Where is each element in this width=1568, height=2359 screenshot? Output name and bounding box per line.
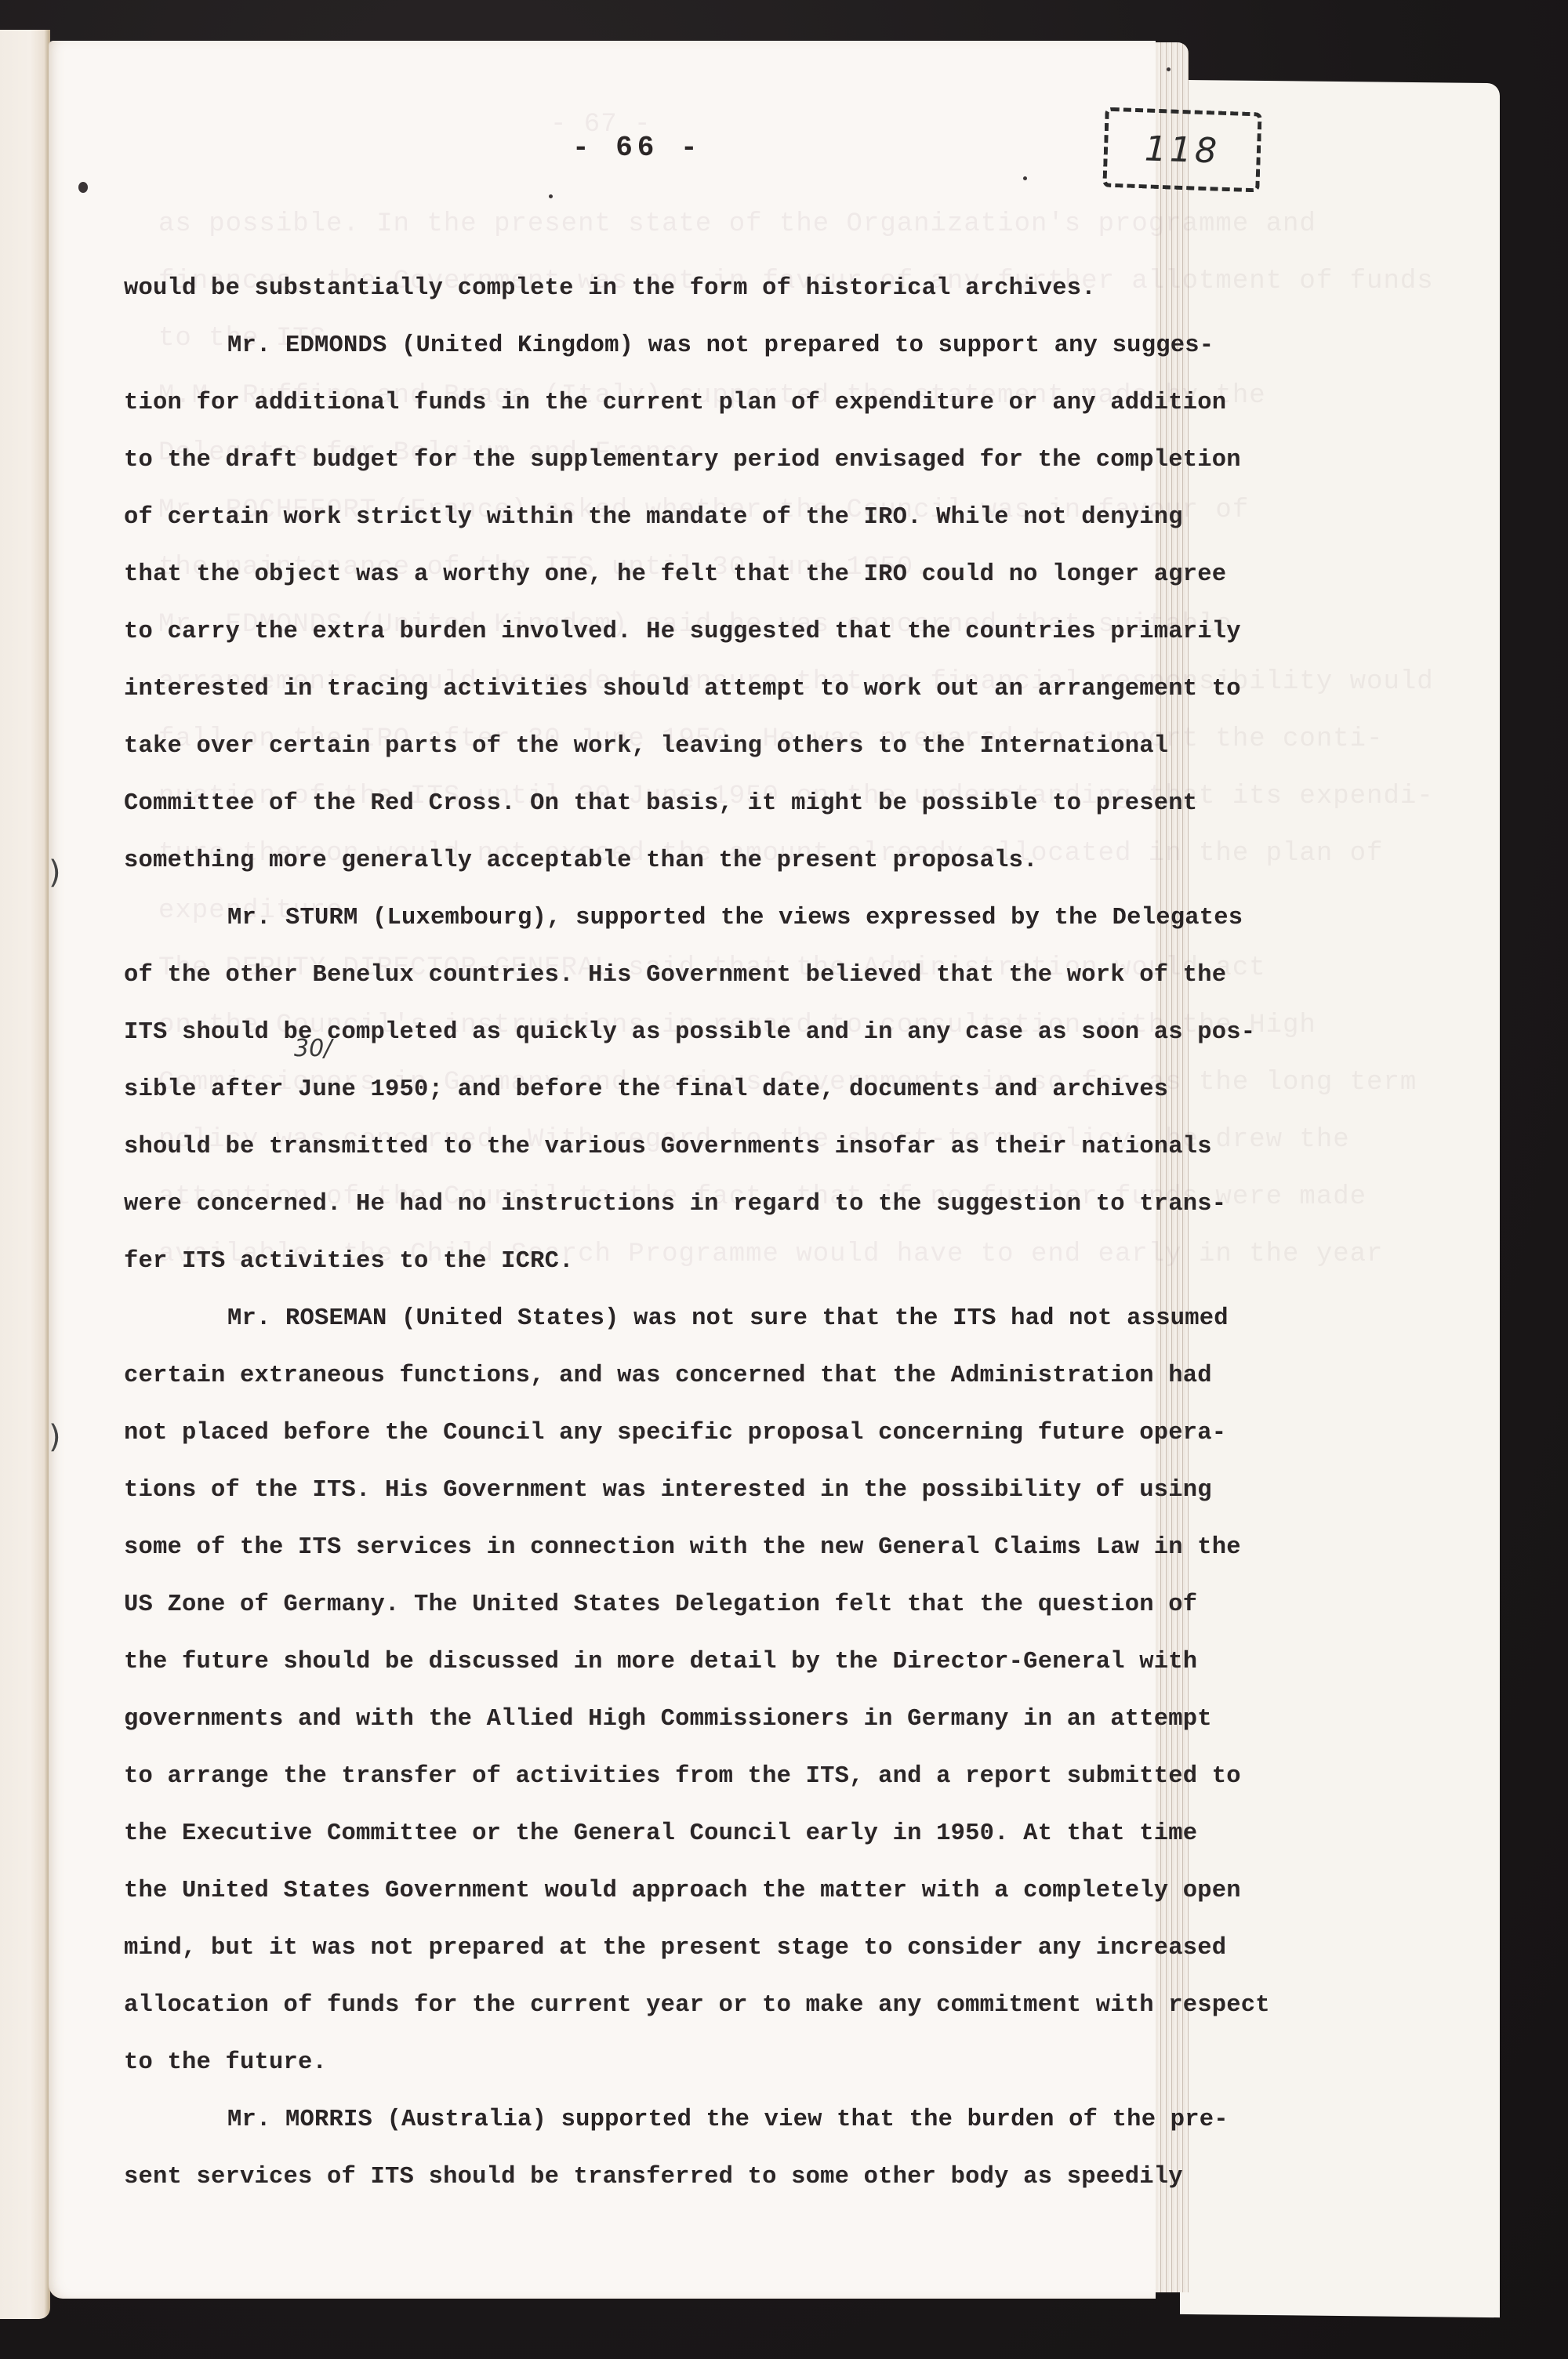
text-line: take over certain parts of the work, lea… bbox=[124, 718, 1284, 775]
text-line: not placed before the Council any specif… bbox=[124, 1405, 1284, 1462]
text-line: sible after June 1950; and before the fi… bbox=[124, 1062, 1284, 1119]
text-line: would be substantially complete in the f… bbox=[124, 260, 1284, 318]
text-line: ITS should be completed as quickly as po… bbox=[124, 1004, 1284, 1062]
text-line: should be transmitted to the various Gov… bbox=[124, 1119, 1284, 1176]
text-line: governments and with the Allied High Com… bbox=[124, 1691, 1284, 1748]
text-line: to arrange the transfer of activities fr… bbox=[124, 1748, 1284, 1806]
text-line: of the other Benelux countries. His Gove… bbox=[124, 947, 1284, 1004]
ink-speck bbox=[1023, 176, 1027, 180]
text-line: allocation of funds for the current year… bbox=[124, 1977, 1284, 2034]
text-line: to the future. bbox=[124, 2034, 1284, 2092]
ink-speck bbox=[78, 182, 88, 193]
margin-mark: ) bbox=[49, 855, 61, 891]
text-line: of certain work strictly within the mand… bbox=[124, 489, 1284, 546]
page-number: - 66 - bbox=[572, 132, 702, 164]
text-line: tion for additional funds in the current… bbox=[124, 375, 1284, 432]
bleed-through-line: as possible. In the present state of the… bbox=[158, 209, 1316, 239]
text-line: to carry the extra burden involved. He s… bbox=[124, 604, 1284, 661]
text-line: Mr. EDMONDS (United Kingdom) was not pre… bbox=[124, 318, 1284, 375]
text-line: interested in tracing activities should … bbox=[124, 661, 1284, 718]
text-line: something more generally acceptable than… bbox=[124, 833, 1284, 890]
text-line: mind, but it was not prepared at the pre… bbox=[124, 1920, 1284, 1977]
margin-mark: ) bbox=[49, 1419, 61, 1455]
text-line: certain extraneous functions, and was co… bbox=[124, 1348, 1284, 1405]
text-line: Mr. ROSEMAN (United States) was not sure… bbox=[124, 1290, 1284, 1348]
text-line: to the draft budget for the supplementar… bbox=[124, 432, 1284, 489]
text-line: sent services of ITS should be transferr… bbox=[124, 2149, 1284, 2206]
text-line: US Zone of Germany. The United States De… bbox=[124, 1577, 1284, 1634]
text-line: fer ITS activities to the ICRC. bbox=[124, 1233, 1284, 1290]
text-line: were concerned. He had no instructions i… bbox=[124, 1176, 1284, 1233]
ink-speck bbox=[549, 194, 553, 198]
text-line: tions of the ITS. His Government was int… bbox=[124, 1462, 1284, 1519]
text-line: Mr. STURM (Luxembourg), supported the vi… bbox=[124, 890, 1284, 947]
archive-stamp-number: 118 bbox=[1144, 129, 1221, 171]
text-line: the future should be discussed in more d… bbox=[124, 1634, 1284, 1691]
text-line: the United States Government would appro… bbox=[124, 1863, 1284, 1920]
text-line: Mr. MORRIS (Australia) supported the vie… bbox=[124, 2092, 1284, 2149]
text-line: that the object was a worthy one, he fel… bbox=[124, 546, 1284, 604]
text-line: some of the ITS services in connection w… bbox=[124, 1519, 1284, 1577]
document-body: would be substantially complete in the f… bbox=[124, 260, 1284, 2206]
facing-page-edge bbox=[0, 30, 50, 2319]
text-line: Committee of the Red Cross. On that basi… bbox=[124, 775, 1284, 833]
text-line: the Executive Committee or the General C… bbox=[124, 1806, 1284, 1863]
archive-stamp: 118 bbox=[1102, 107, 1261, 193]
ink-speck bbox=[1167, 67, 1171, 71]
